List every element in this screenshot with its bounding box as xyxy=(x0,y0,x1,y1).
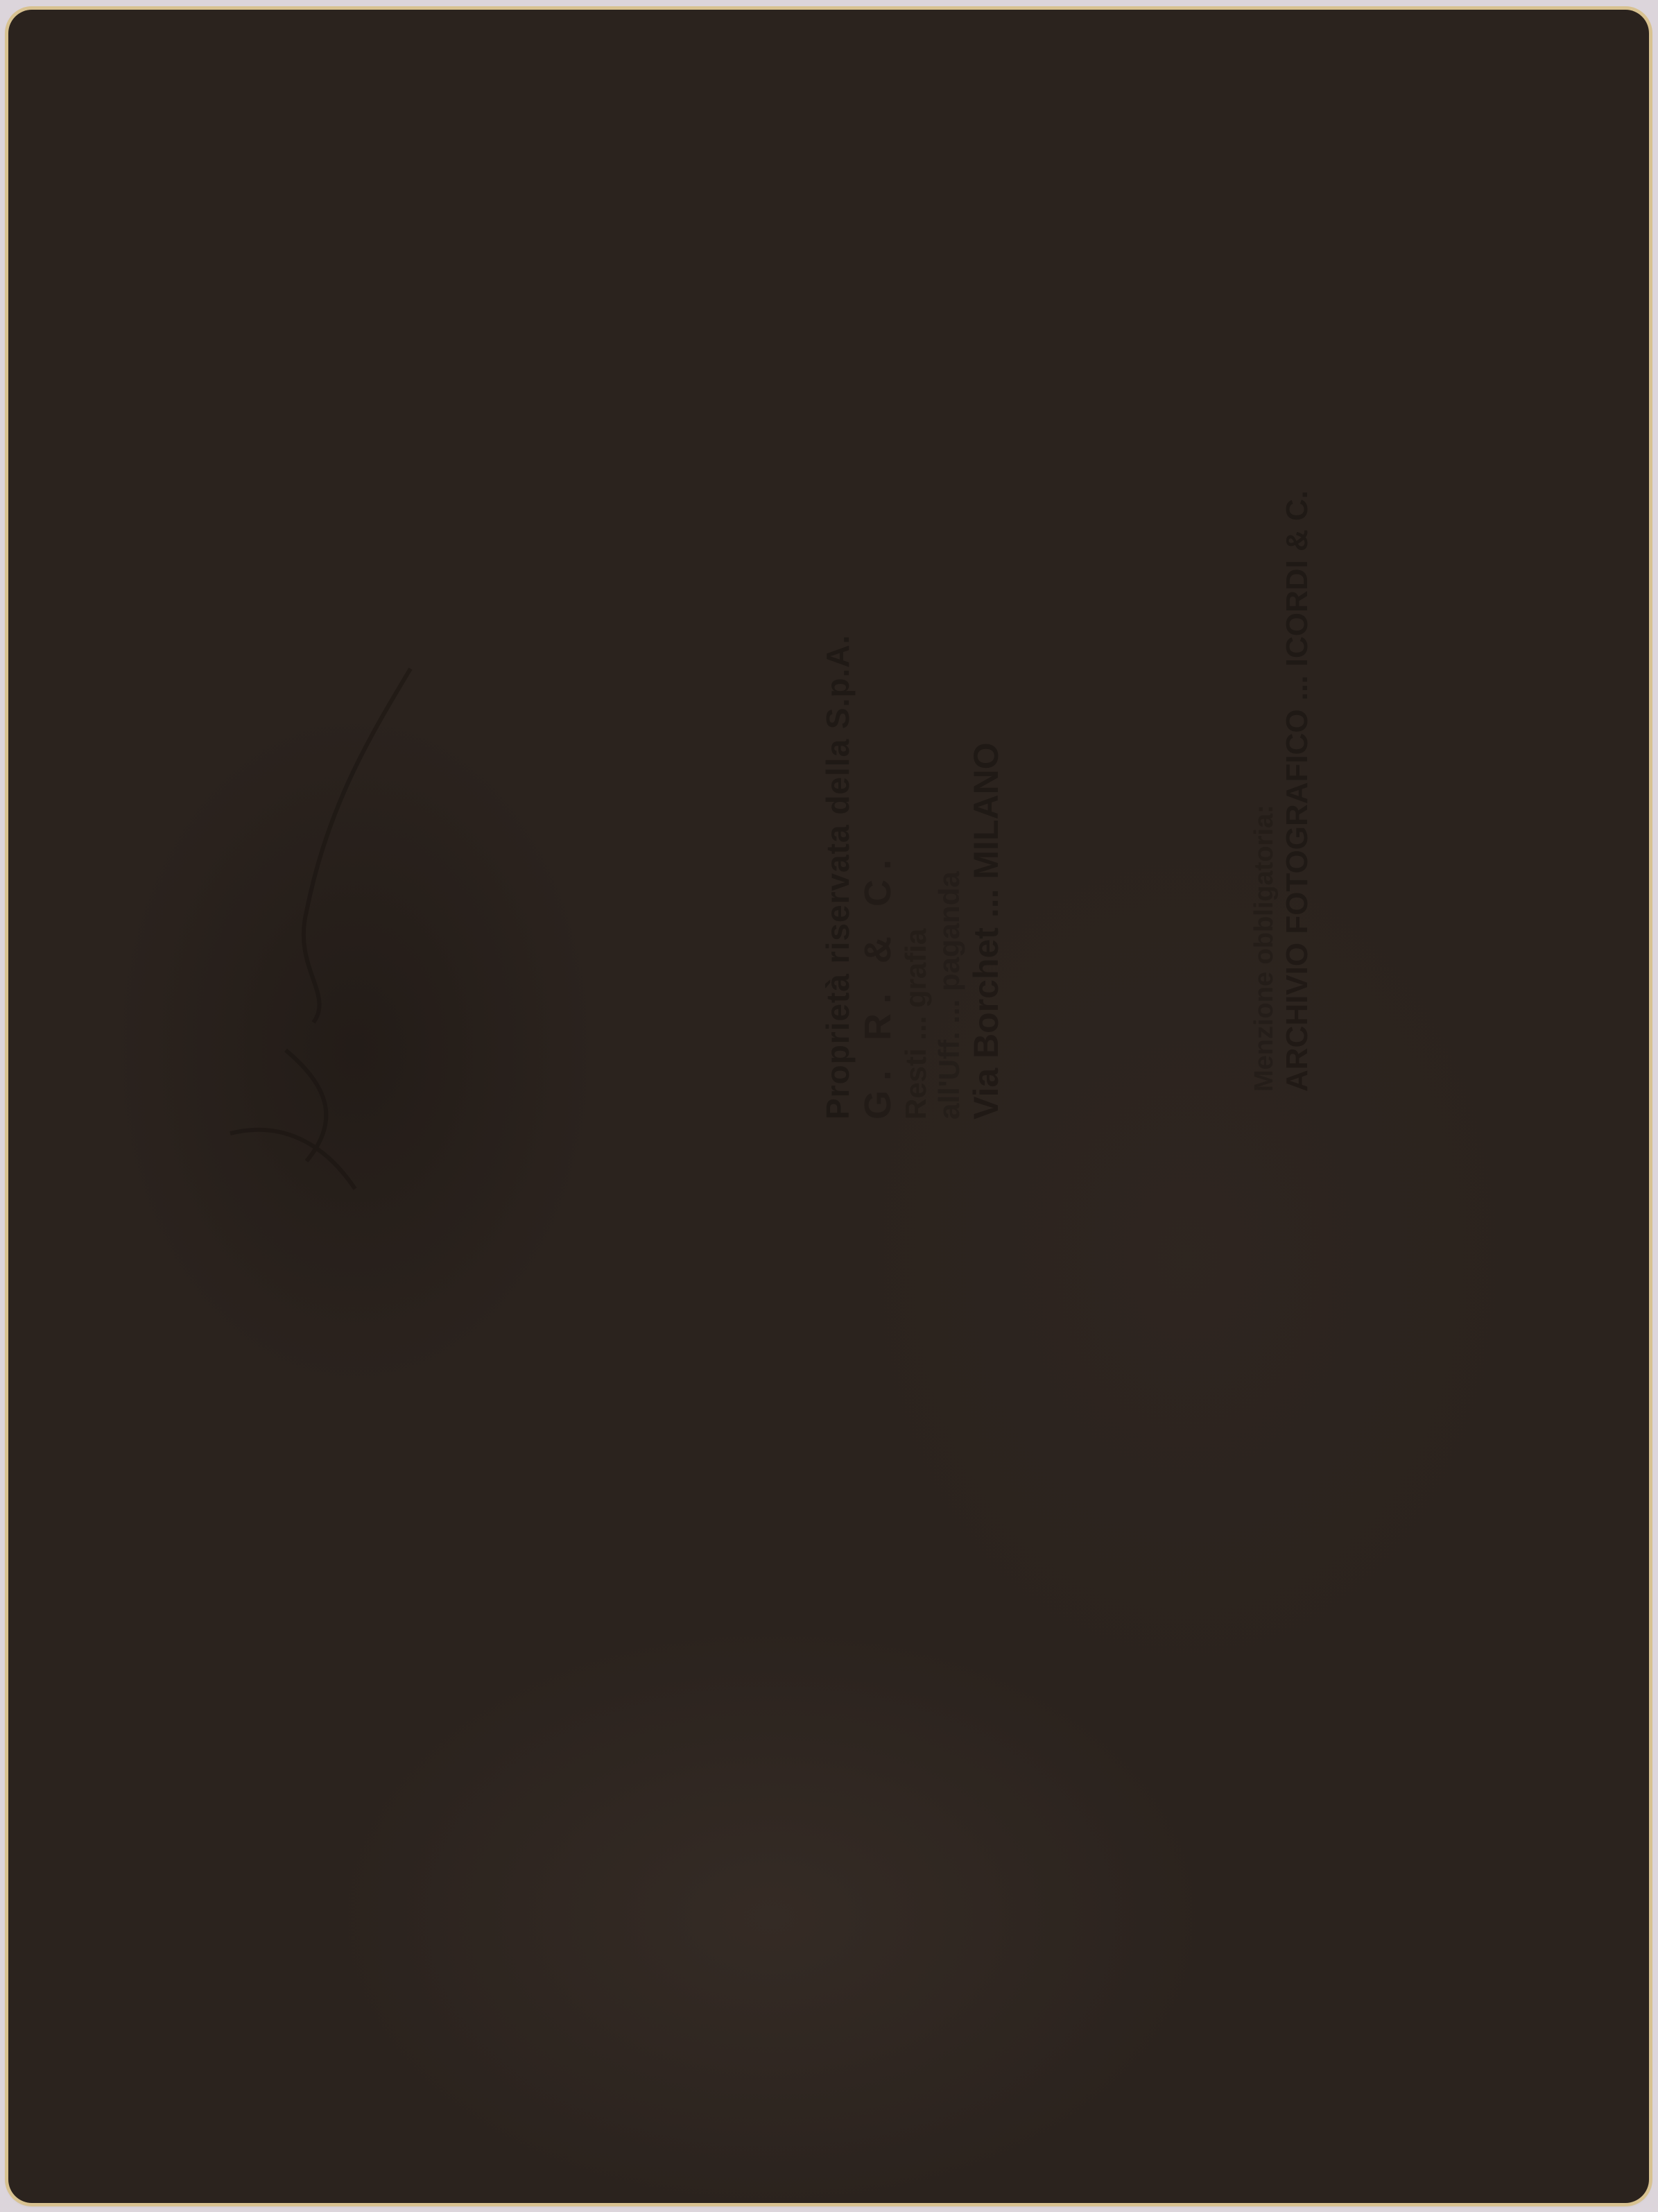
stamp-line: all'Uff. ... paganda xyxy=(933,635,966,1120)
stamp-line: Proprietà riservata della S.p.A. xyxy=(820,635,856,1120)
mount-card: Proprietà riservata della S.p.A. G. R. &… xyxy=(8,10,1649,2203)
stamp-line: Resti ... grafia xyxy=(899,635,933,1120)
ink-smudge-icon xyxy=(147,634,494,1258)
stamp-line: G. R. & C. xyxy=(856,635,899,1120)
stamp-line: Via Borchet ... MILANO xyxy=(967,635,1007,1120)
stamp-line: Menzione obbligatoria: xyxy=(1250,490,1280,1092)
stamp-line: ARCHIVIO FOTOGRAFICO ... ICORDI & C. xyxy=(1280,490,1315,1092)
ownership-stamp: Proprietà riservata della S.p.A. G. R. &… xyxy=(820,635,1006,1120)
credit-stamp: Menzione obbligatoria: ARCHIVIO FOTOGRAF… xyxy=(1250,490,1315,1092)
